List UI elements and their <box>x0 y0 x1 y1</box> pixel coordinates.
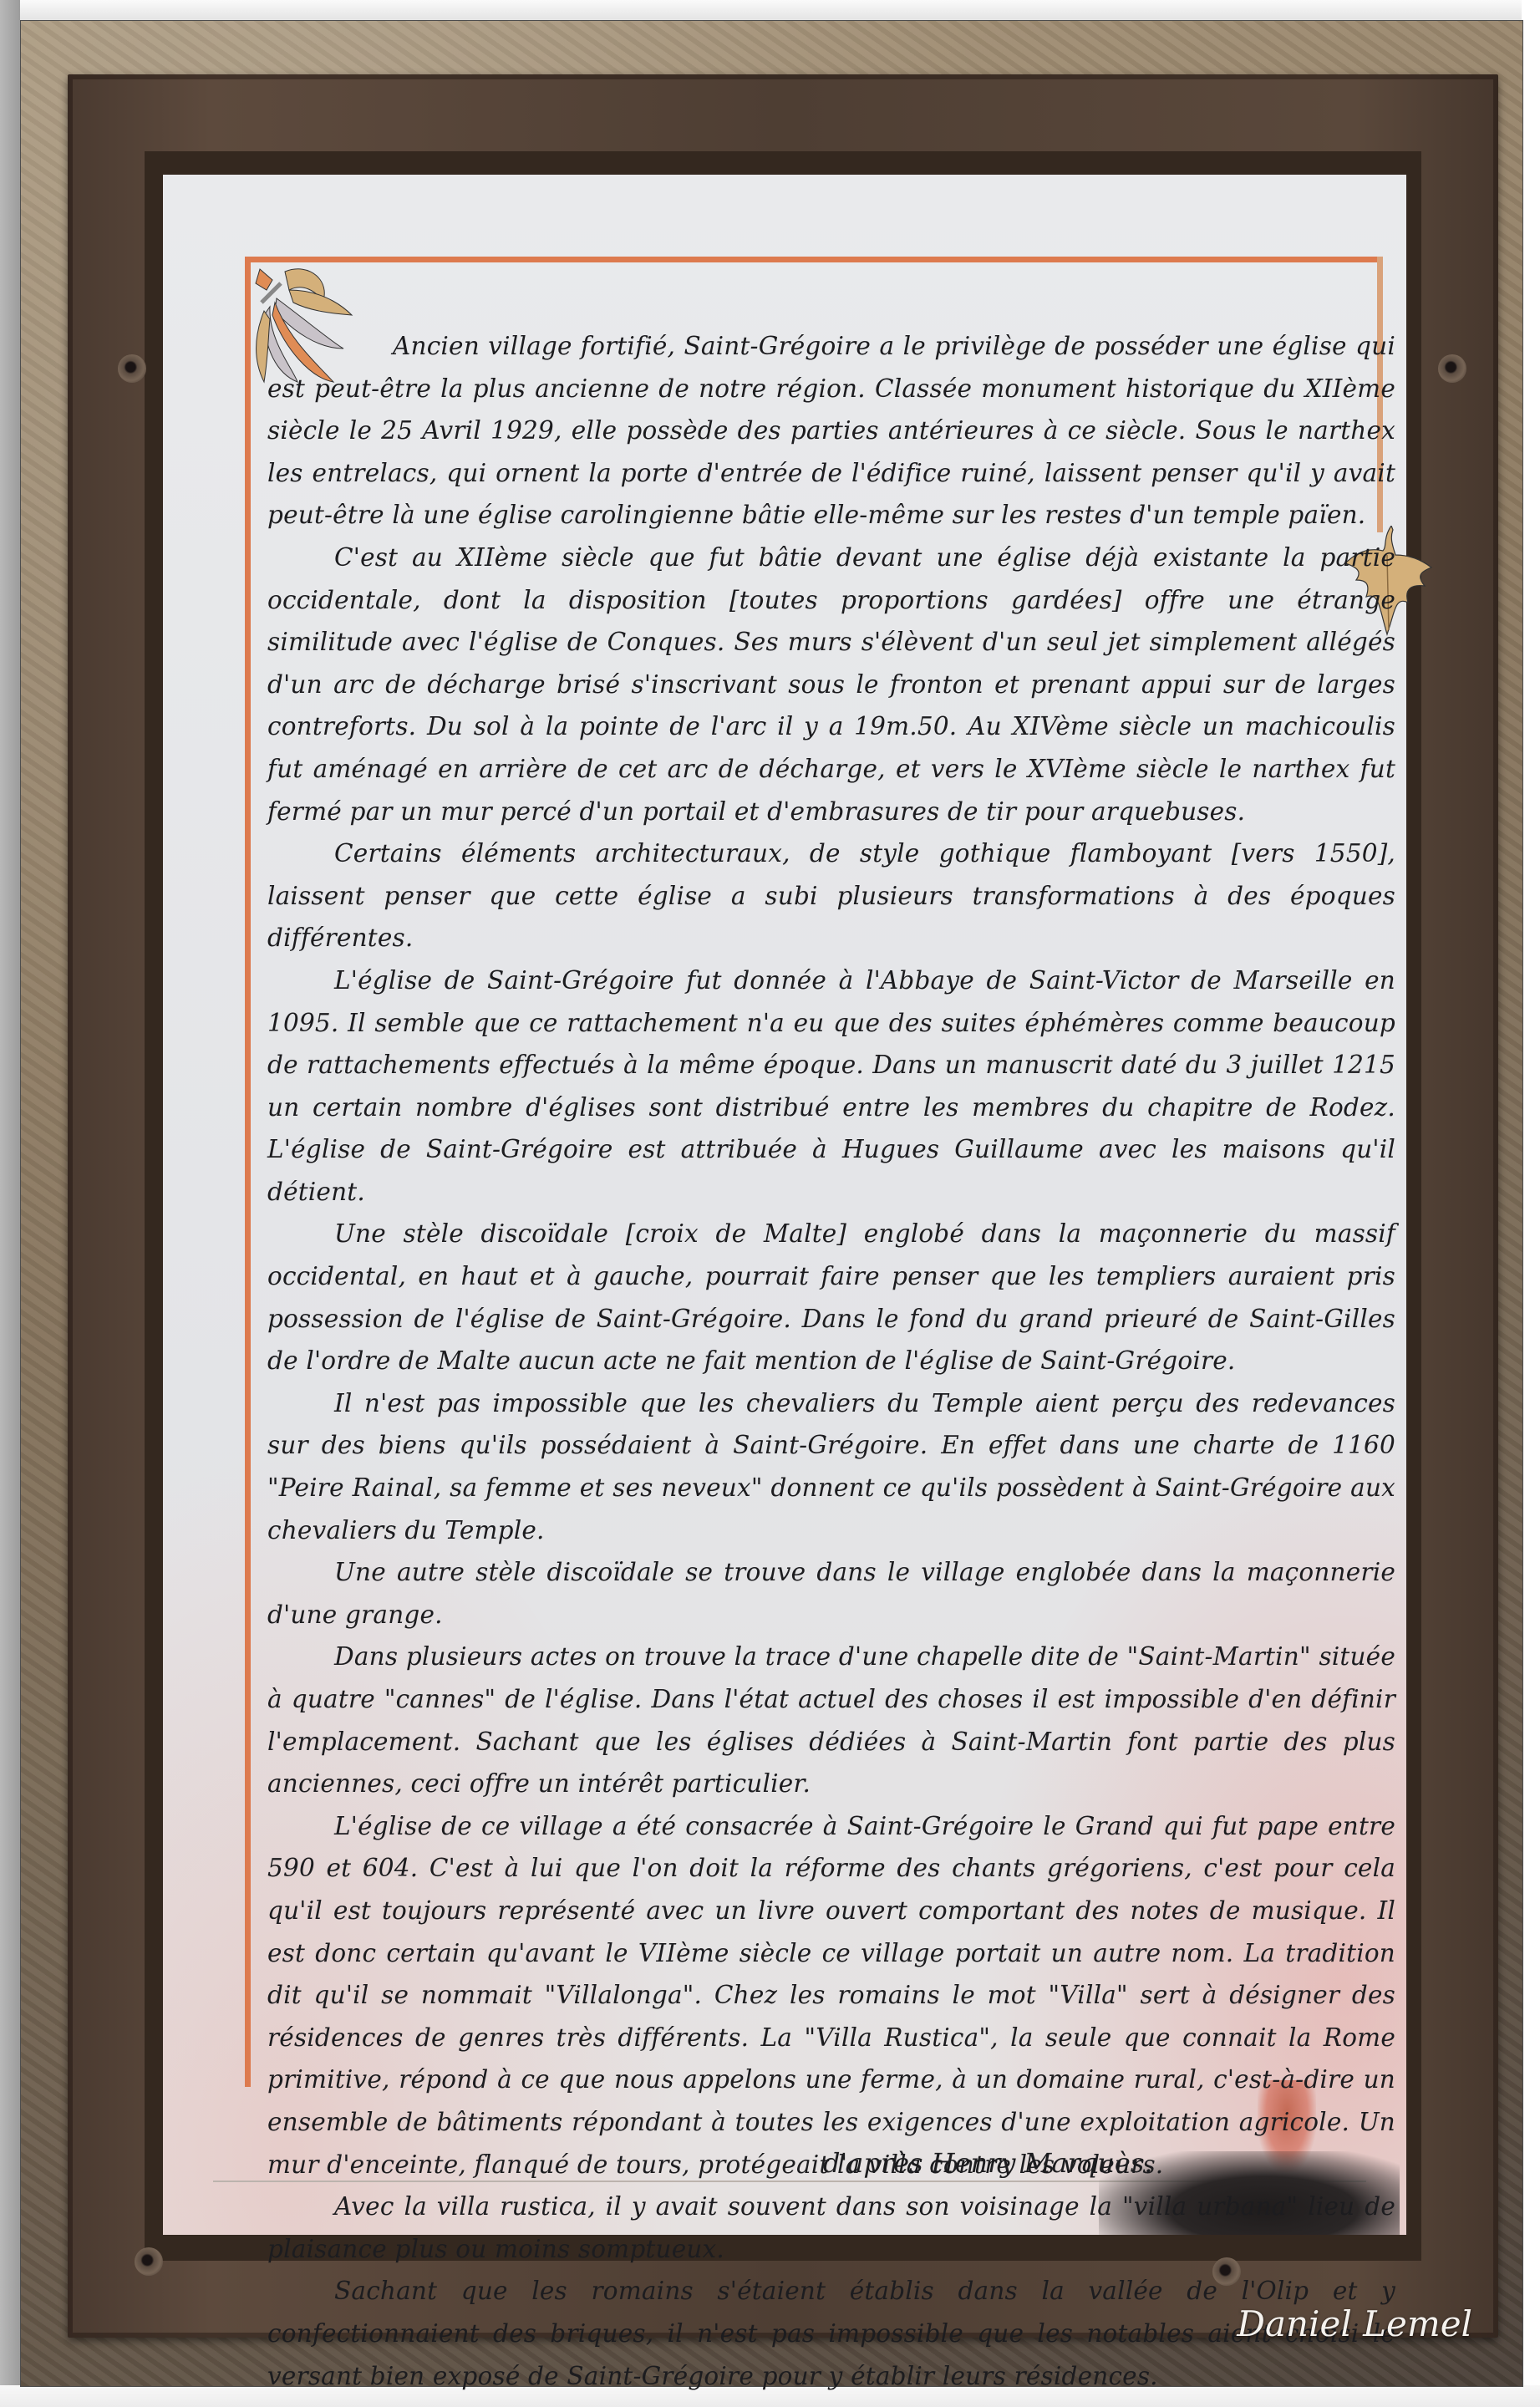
paragraph: Ancien village fortifié, Saint-Grégoire … <box>267 325 1395 537</box>
paragraph: Il n'est pas impossible que les chevalie… <box>267 1382 1395 1551</box>
plaque-text: Ancien village fortifié, Saint-Grégoire … <box>267 325 1395 2397</box>
photo: Ancien village fortifié, Saint-Grégoire … <box>20 20 1523 2387</box>
plaque-paper: Ancien village fortifié, Saint-Grégoire … <box>163 175 1406 2235</box>
nail-icon <box>1438 354 1466 383</box>
border-line-top <box>245 257 1381 262</box>
paragraph: L'église de ce village a été consacrée à… <box>267 1805 1395 2186</box>
paragraph: Certains éléments architecturaux, de sty… <box>267 832 1395 959</box>
paragraph: Sachant que les romains s'étaient établi… <box>267 2270 1395 2397</box>
paragraph: Avec la villa rustica, il y avait souven… <box>267 2186 1395 2270</box>
paragraph: L'église de Saint-Grégoire fut donnée à … <box>267 959 1395 1214</box>
bevel-top <box>0 0 1540 20</box>
photographer-watermark: Daniel Lemel <box>1237 2303 1472 2344</box>
author-signature: d'après Henry Marquès. <box>823 2147 1152 2179</box>
nail-icon <box>135 2247 163 2276</box>
nail-icon <box>118 354 146 383</box>
paragraph: C'est au XIIème siècle que fut bâtie dev… <box>267 537 1395 832</box>
paragraph: Une stèle discoïdale [croix de Malte] en… <box>267 1213 1395 1382</box>
bevel-right <box>1522 0 1540 2407</box>
wooden-frame: Ancien village fortifié, Saint-Grégoire … <box>68 74 1498 2338</box>
paragraph: Une autre stèle discoïdale se trouve dan… <box>267 1551 1395 1636</box>
bevel-left <box>0 0 20 2407</box>
border-line-left <box>245 257 251 2087</box>
paragraph: Dans plusieurs actes on trouve la trace … <box>267 1636 1395 1804</box>
